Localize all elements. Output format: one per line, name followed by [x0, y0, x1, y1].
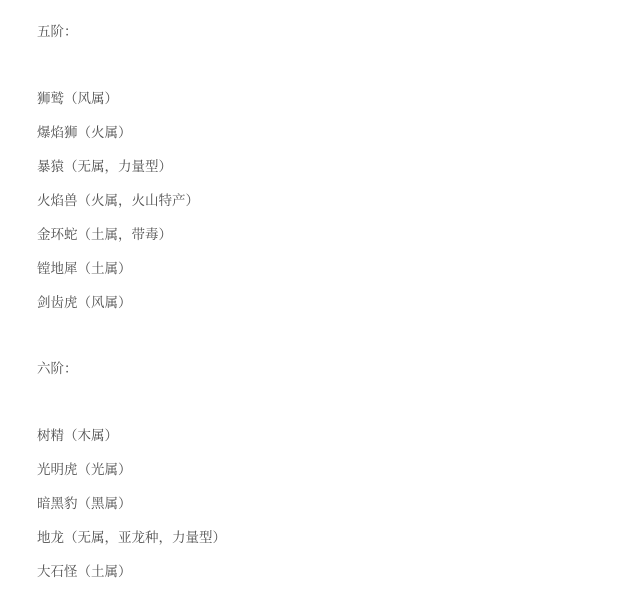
monster-line: 爆焰狮（火属） — [37, 122, 600, 144]
monster-line: 光明虎（光属） — [37, 459, 600, 481]
monster-line: 剑齿虎（风属） — [37, 292, 600, 314]
tier-heading-6: 六阶： — [37, 358, 600, 380]
monster-line: 地龙（无属，亚龙种，力量型） — [37, 527, 600, 549]
monster-line: 暴猿（无属，力量型） — [37, 156, 600, 178]
monster-line: 火焰兽（火属，火山特产） — [37, 190, 600, 212]
monster-line: 金环蛇（土属，带毒） — [37, 224, 600, 246]
monster-line: 暗黑豹（黑属） — [37, 493, 600, 515]
tier-heading-5: 五阶： — [37, 21, 600, 43]
monster-line: 狮鹫（风属） — [37, 88, 600, 110]
monster-line: 镗地犀（土属） — [37, 258, 600, 280]
monster-line: 树精（木属） — [37, 425, 600, 447]
monster-line: 大石怪（土属） — [37, 561, 600, 583]
article-body: 五阶： 狮鹫（风属） 爆焰狮（火属） 暴猿（无属，力量型） 火焰兽（火属，火山特… — [0, 0, 640, 583]
